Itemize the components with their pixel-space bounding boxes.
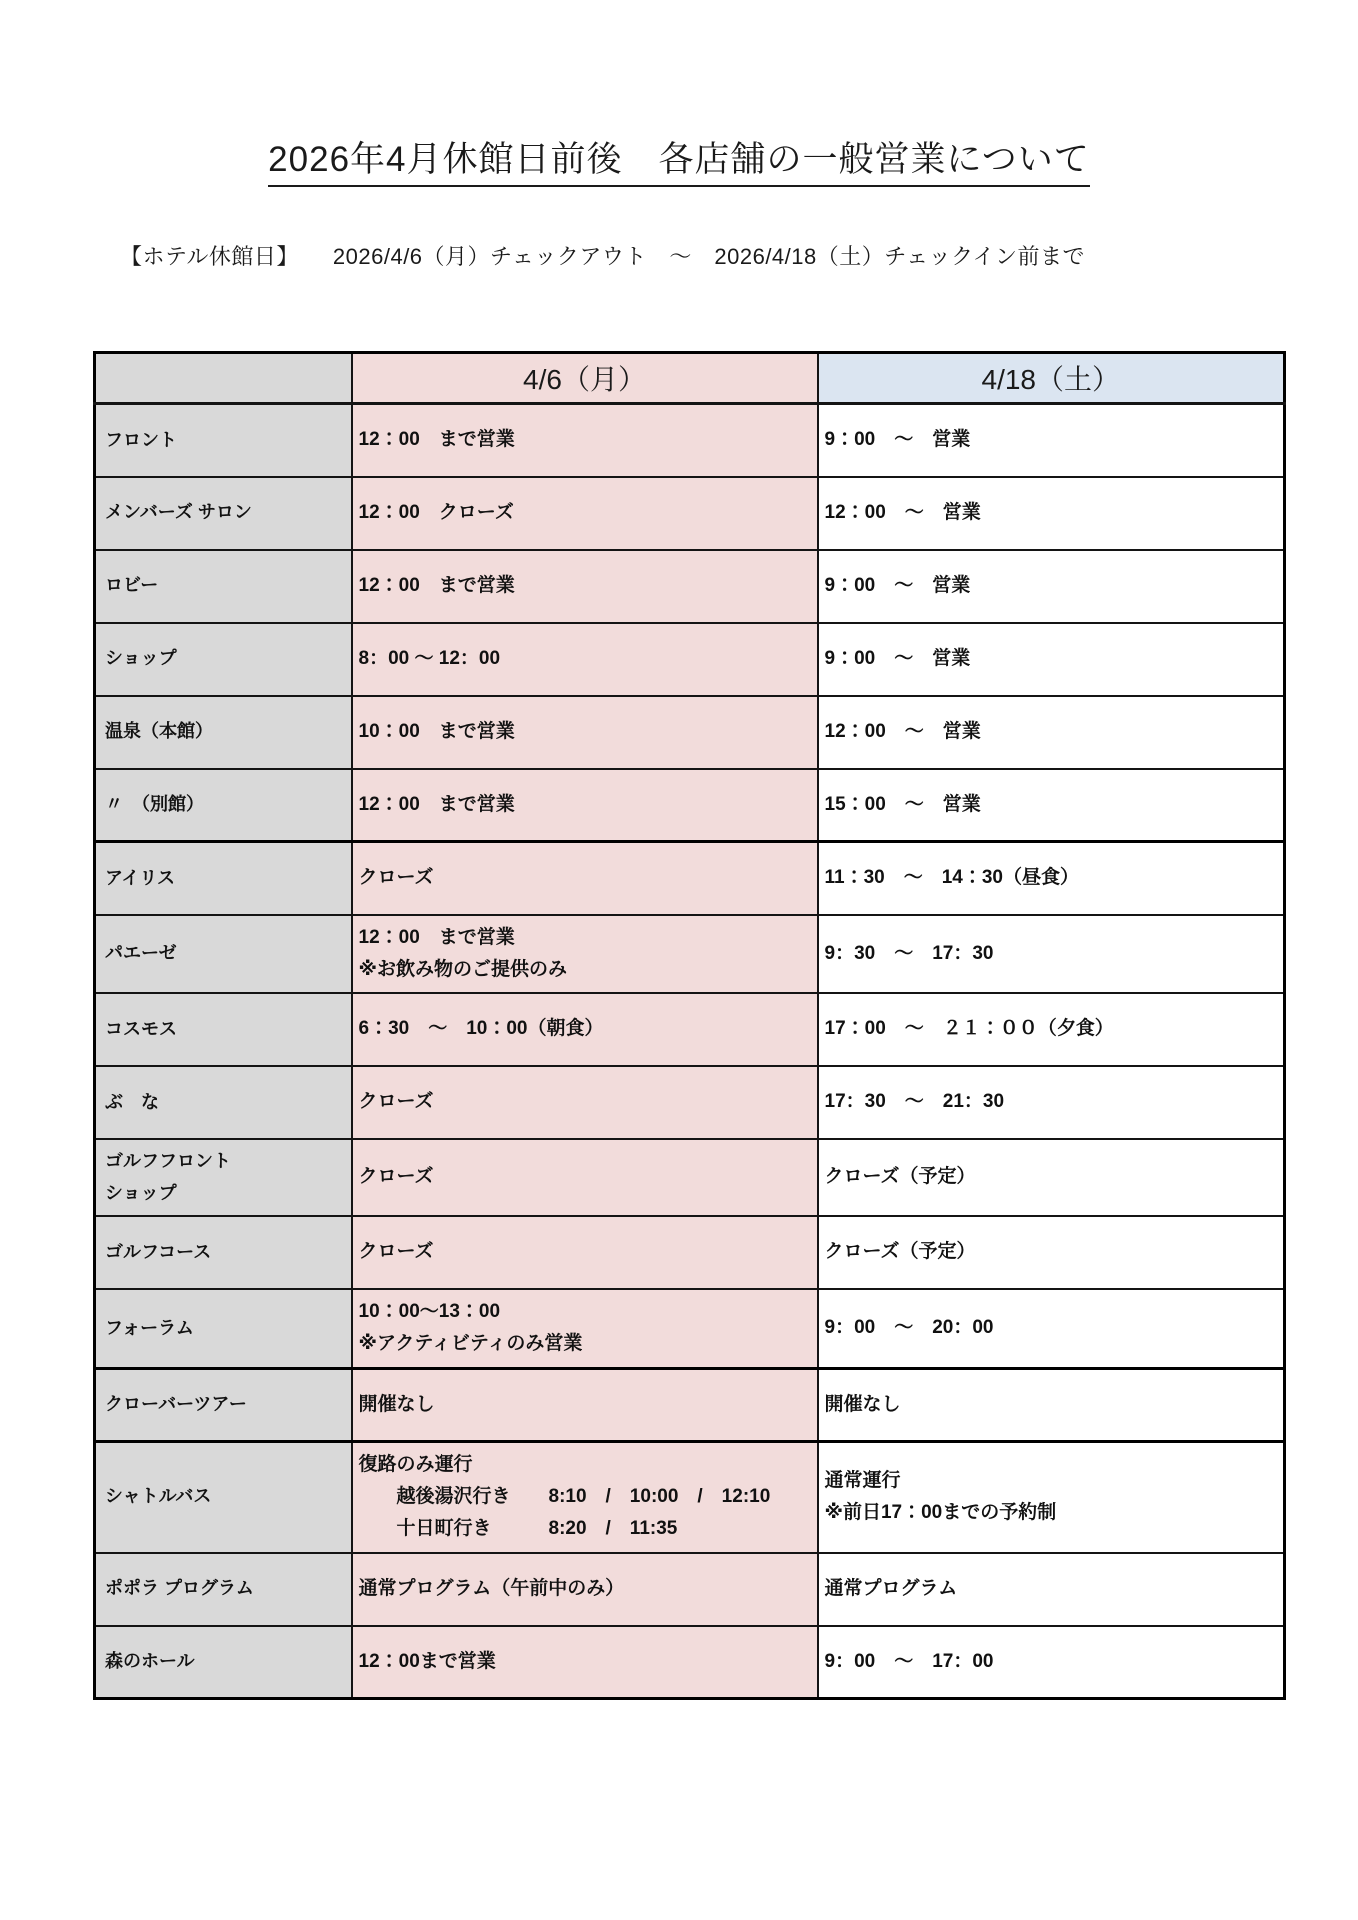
hours-4-18-cell: クローズ（予定） <box>818 1139 1285 1216</box>
corner-cell <box>95 353 352 404</box>
hours-4-18-cell: 通常運行 ※前日17：00までの予約制 <box>818 1441 1285 1552</box>
table-row: ゴルフフロント ショップ クローズ クローズ（予定） <box>95 1139 1285 1216</box>
store-name-cell: ポポラ プログラム <box>95 1553 352 1626</box>
hours-4-6-cell: クローズ <box>352 1139 818 1216</box>
table-row: 温泉（本館） 10：00 まで営業 12：00 ～ 営業 <box>95 696 1285 769</box>
store-name-cell: フォーラム <box>95 1289 352 1368</box>
column-header-4-6: 4/6（月） <box>352 353 818 404</box>
store-name-cell: メンバーズ サロン <box>95 477 352 550</box>
store-name-cell: アイリス <box>95 842 352 915</box>
table-row: ロビー 12：00 まで営業 9：00 ～ 営業 <box>95 550 1285 623</box>
hours-4-18-cell: 12：00 ～ 営業 <box>818 477 1285 550</box>
store-name-cell: 〃 （別館） <box>95 769 352 842</box>
hours-4-18-cell: 17：30 ～ 21：30 <box>818 1066 1285 1139</box>
store-name-cell: フロント <box>95 404 352 477</box>
table-row: フロント 12：00 まで営業 9：00 ～ 営業 <box>95 404 1285 477</box>
table-row: ポポラ プログラム 通常プログラム（午前中のみ） 通常プログラム <box>95 1553 1285 1626</box>
table-row: ゴルフコース クローズ クローズ（予定） <box>95 1216 1285 1289</box>
hours-4-18-cell: 通常プログラム <box>818 1553 1285 1626</box>
hours-4-18-cell: 17：00 ～ ２１：００（夕食） <box>818 993 1285 1066</box>
hours-4-18-cell: 11：30 ～ 14：30（昼食） <box>818 842 1285 915</box>
table-row: メンバーズ サロン 12：00 クローズ 12：00 ～ 営業 <box>95 477 1285 550</box>
hours-4-6-cell: 10：00～13：00 ※アクティビティのみ営業 <box>352 1289 818 1368</box>
hours-4-6-cell: 12：00 まで営業 <box>352 550 818 623</box>
column-header-4-18: 4/18（土） <box>818 353 1285 404</box>
hours-4-6-cell: 復路のみ運行 越後湯沢行き 8:10 / 10:00 / 12:10 十日町行き… <box>352 1441 818 1552</box>
store-name-cell: 森のホール <box>95 1626 352 1699</box>
hours-4-6-cell: クローズ <box>352 1216 818 1289</box>
hours-4-18-cell: 15：00 ～ 営業 <box>818 769 1285 842</box>
table-row: コスモス 6：30 ～ 10：00（朝食） 17：00 ～ ２１：００（夕食） <box>95 993 1285 1066</box>
store-name-cell: ロビー <box>95 550 352 623</box>
hours-4-18-cell: 開催なし <box>818 1368 1285 1441</box>
hours-4-6-cell: 12：00 まで営業 ※お飲み物のご提供のみ <box>352 915 818 994</box>
table-row: シャトルバス 復路のみ運行 越後湯沢行き 8:10 / 10:00 / 12:1… <box>95 1441 1285 1552</box>
store-name-cell: 温泉（本館） <box>95 696 352 769</box>
hotel-closure-period: 【ホテル休館日】 2026/4/6（月）チェックアウト ～ 2026/4/18（… <box>120 240 1358 271</box>
hours-4-18-cell: クローズ（予定） <box>818 1216 1285 1289</box>
table-row: フォーラム 10：00～13：00 ※アクティビティのみ営業 9：00 ～ 20… <box>95 1289 1285 1368</box>
table-row: ショップ 8：00 ～ 12：00 9：00 ～ 営業 <box>95 623 1285 696</box>
store-name-cell: ゴルフフロント ショップ <box>95 1139 352 1216</box>
store-name-cell: クローバーツアー <box>95 1368 352 1441</box>
table-row: クローバーツアー 開催なし 開催なし <box>95 1368 1285 1441</box>
hours-4-6-cell: 12：00 まで営業 <box>352 769 818 842</box>
table-row: アイリス クローズ 11：30 ～ 14：30（昼食） <box>95 842 1285 915</box>
store-name-cell: シャトルバス <box>95 1441 352 1552</box>
hours-4-6-cell: クローズ <box>352 1066 818 1139</box>
header-row: 4/6（月） 4/18（土） <box>95 353 1285 404</box>
hours-4-6-cell: 10：00 まで営業 <box>352 696 818 769</box>
hours-4-18-cell: 9：00 ～ 営業 <box>818 550 1285 623</box>
table-row: 〃 （別館） 12：00 まで営業 15：00 ～ 営業 <box>95 769 1285 842</box>
hours-4-6-cell: 6：30 ～ 10：00（朝食） <box>352 993 818 1066</box>
store-name-cell: ぶ な <box>95 1066 352 1139</box>
hours-4-18-cell: 9：30 ～ 17：30 <box>818 915 1285 994</box>
table-row: パエーゼ 12：00 まで営業 ※お飲み物のご提供のみ 9：30 ～ 17：30 <box>95 915 1285 994</box>
store-name-cell: ゴルフコース <box>95 1216 352 1289</box>
hours-4-18-cell: 9：00 ～ 17：00 <box>818 1626 1285 1699</box>
hours-4-18-cell: 12：00 ～ 営業 <box>818 696 1285 769</box>
store-name-cell: ショップ <box>95 623 352 696</box>
hours-4-18-cell: 9：00 ～ 営業 <box>818 623 1285 696</box>
hours-4-6-cell: 8：00 ～ 12：00 <box>352 623 818 696</box>
hours-4-6-cell: 12：00 まで営業 <box>352 404 818 477</box>
hours-4-6-cell: 12：00 クローズ <box>352 477 818 550</box>
hours-4-6-cell: 12：00まで営業 <box>352 1626 818 1699</box>
hours-4-18-cell: 9：00 ～ 20：00 <box>818 1289 1285 1368</box>
store-name-cell: コスモス <box>95 993 352 1066</box>
hours-4-6-cell: 開催なし <box>352 1368 818 1441</box>
notice-document: 2026年4月休館日前後 各店舗の一般営業について 【ホテル休館日】 2026/… <box>0 0 1358 1920</box>
hours-4-6-cell: クローズ <box>352 842 818 915</box>
hours-4-18-cell: 9：00 ～ 営業 <box>818 404 1285 477</box>
schedule-table: 4/6（月） 4/18（土） フロント 12：00 まで営業 9：00 ～ 営業… <box>93 351 1286 1700</box>
table-row: ぶ な クローズ 17：30 ～ 21：30 <box>95 1066 1285 1139</box>
hours-4-6-cell: 通常プログラム（午前中のみ） <box>352 1553 818 1626</box>
table-row: 森のホール 12：00まで営業 9：00 ～ 17：00 <box>95 1626 1285 1699</box>
page-title: 2026年4月休館日前後 各店舗の一般営業について <box>0 0 1358 182</box>
store-name-cell: パエーゼ <box>95 915 352 994</box>
